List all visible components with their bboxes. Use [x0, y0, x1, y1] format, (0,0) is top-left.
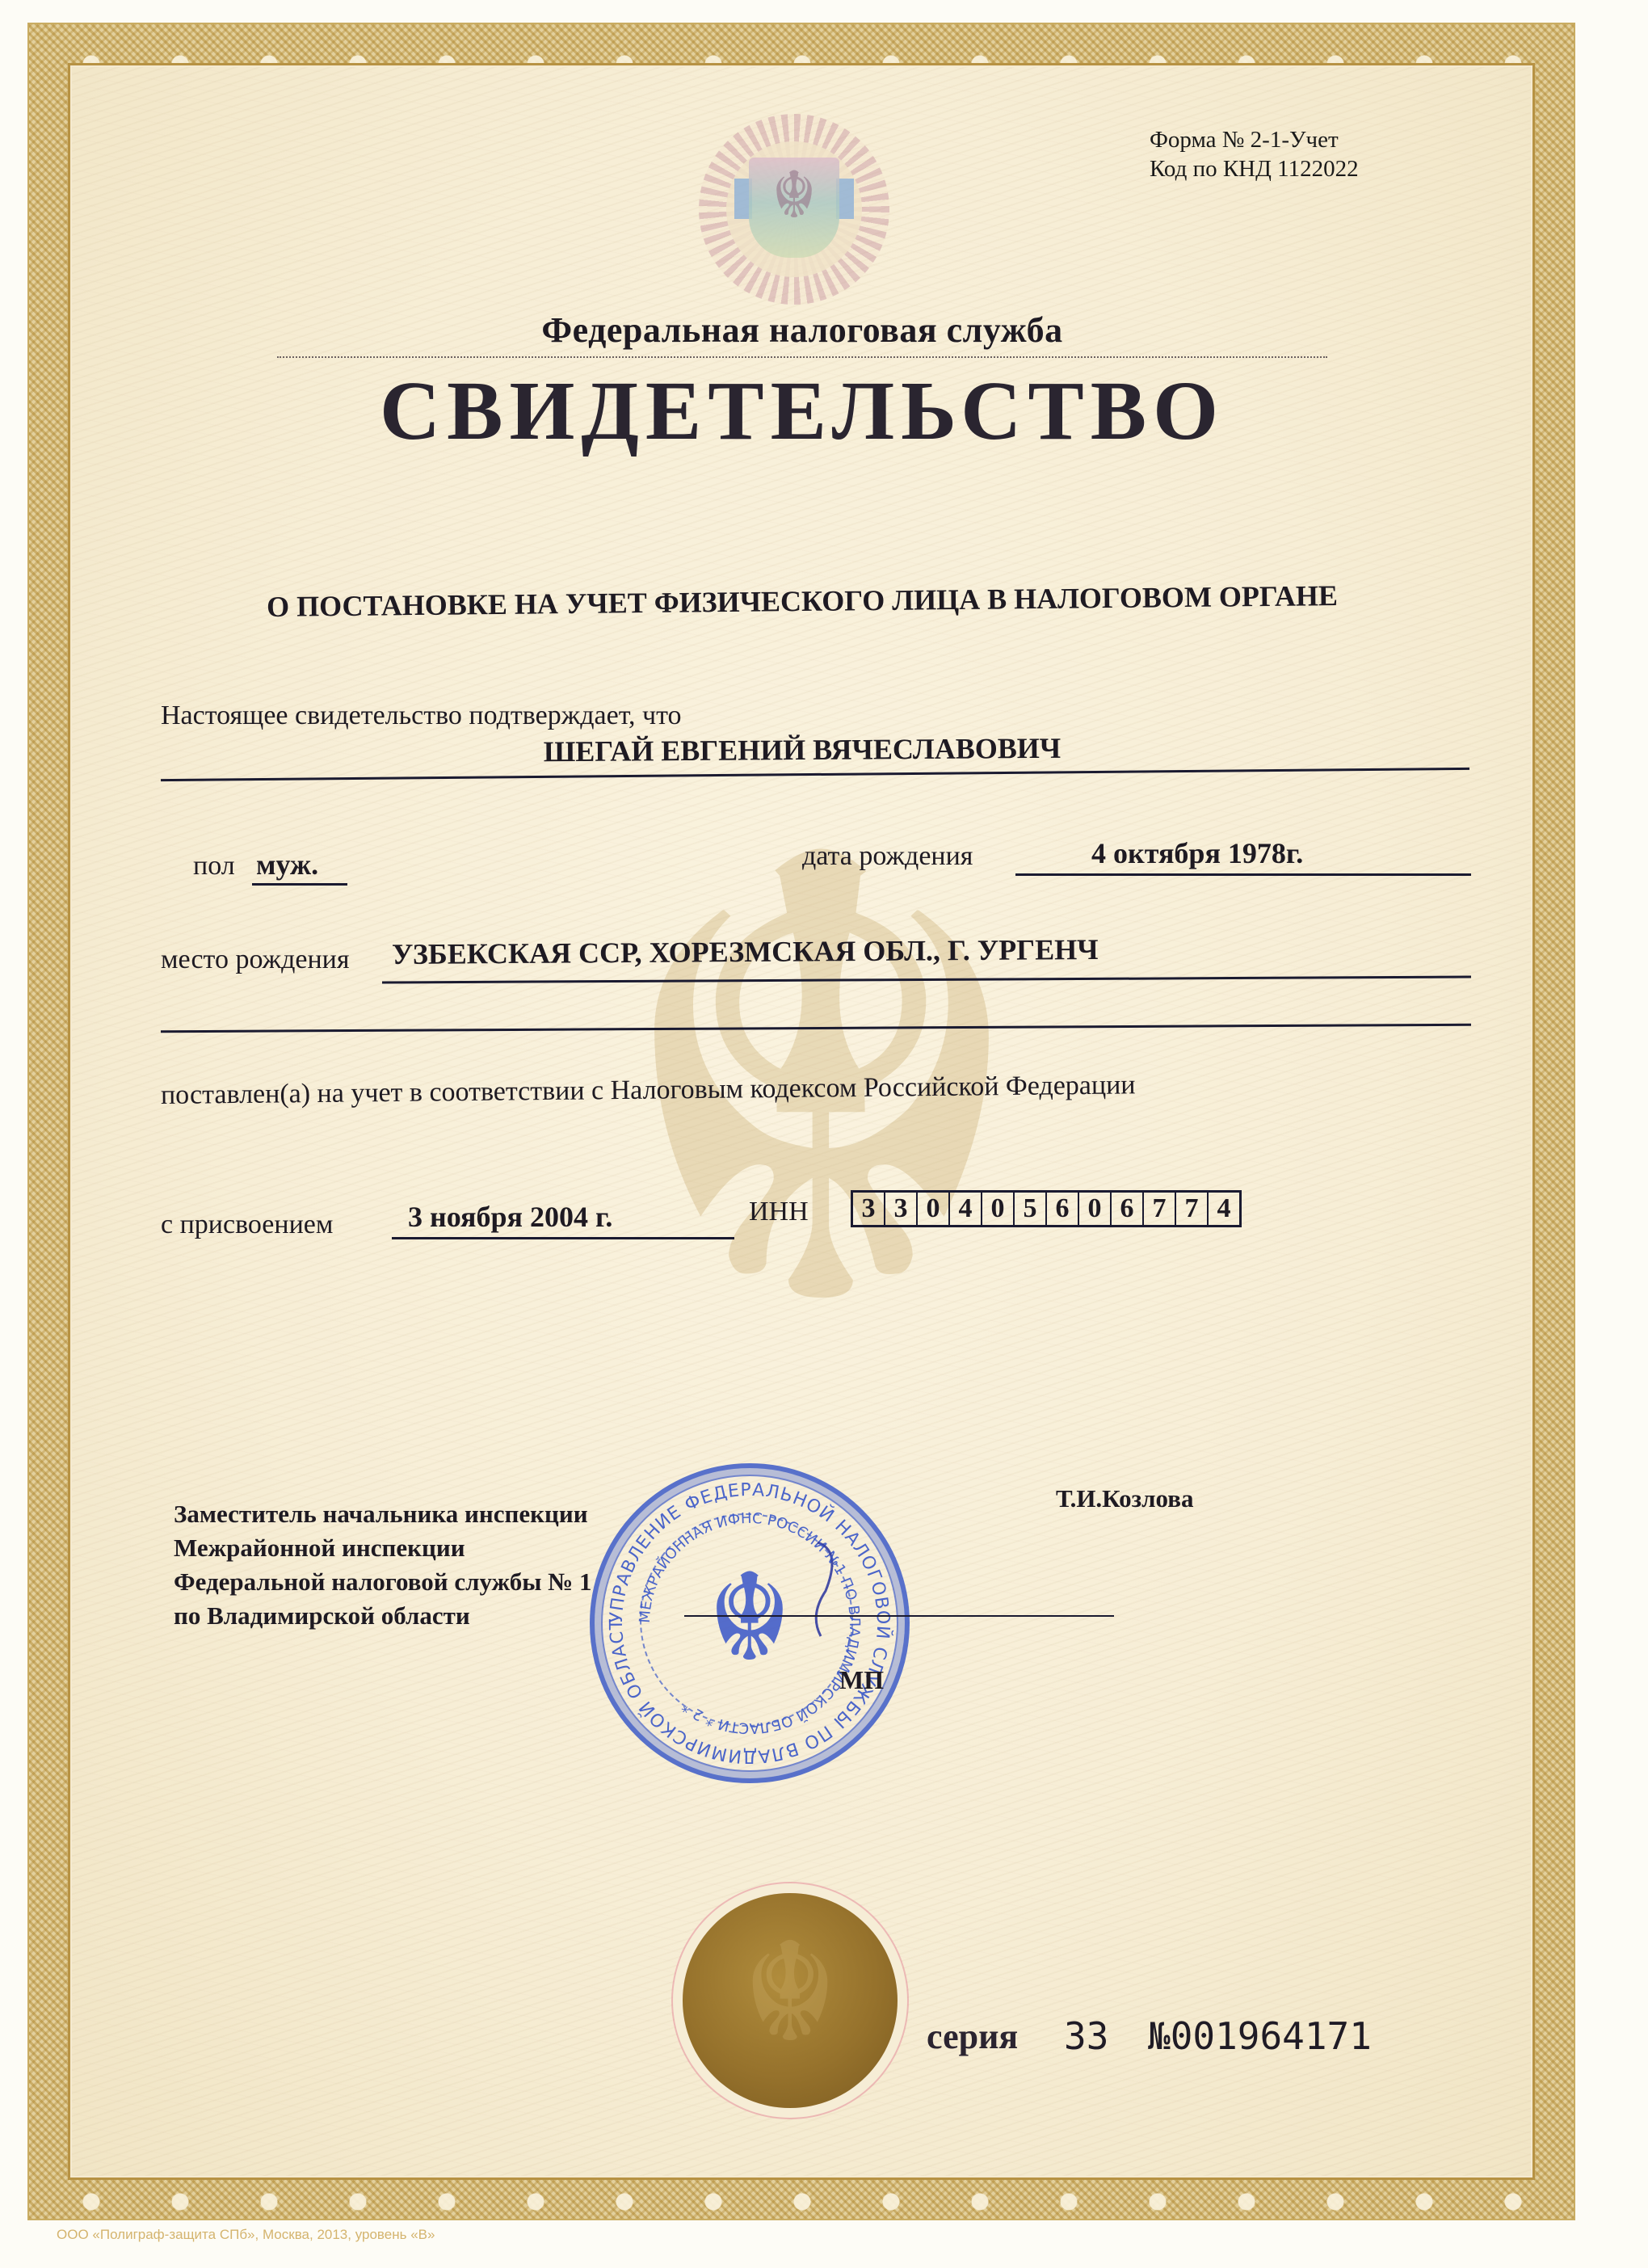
series-value: 33: [1064, 2014, 1108, 2058]
inn-digit: 3: [885, 1193, 918, 1225]
inn-digit: 0: [982, 1193, 1015, 1225]
inn-field: 330405606774: [851, 1190, 1242, 1227]
inn-digit: 3: [853, 1193, 885, 1225]
inn-label: ИНН: [749, 1197, 809, 1227]
signer-position-line: Федеральной налоговой службы № 1: [174, 1565, 592, 1599]
series-label: серия: [927, 2016, 1018, 2057]
inn-digit: 4: [1209, 1193, 1239, 1225]
intro-label: Настоящее свидетельство подтверждает, чт…: [161, 701, 682, 731]
signer-position: Заместитель начальника инспекции Межрайо…: [174, 1497, 592, 1633]
form-code-block: Форма № 2-1-Учет Код по КНД 1122022: [1150, 125, 1359, 183]
document-subtitle: О ПОСТАНОВКЕ НА УЧЕТ ФИЗИЧЕСКОГО ЛИЦА В …: [70, 577, 1534, 626]
signer-position-line: Межрайонной инспекции: [174, 1531, 592, 1565]
certificate-field: ☬ Форма № 2-1-Учет Код по КНД 1122022 Фе…: [68, 63, 1535, 2180]
assigned-date-value: 3 ноября 2004 г.: [408, 1200, 612, 1234]
document-title: СВИДЕТЕЛЬСТВО: [70, 363, 1534, 459]
sex-value: муж.: [256, 848, 318, 882]
certificate-sheet: ☬ Форма № 2-1-Учет Код по КНД 1122022 Фе…: [27, 23, 1575, 2220]
agency-name: Федеральная налоговая служба: [70, 309, 1534, 351]
inn-digit: 4: [950, 1193, 982, 1225]
official-stamp-icon: УПРАВЛЕНИЕ ФЕДЕРАЛЬНОЙ НАЛОГОВОЙ СЛУЖБЫ …: [590, 1463, 910, 1783]
sex-underline: [252, 883, 347, 886]
signer-position-line: по Владимирской области: [174, 1599, 592, 1633]
gold-seal-icon: ☬: [683, 1893, 898, 2108]
birth-place-value: УЗБЕКСКАЯ ССР, ХОРЕЗМСКАЯ ОБЛ., Г. УРГЕН…: [392, 932, 1099, 971]
signer-name: Т.И.Козлова: [1056, 1484, 1193, 1513]
assigned-label: с присвоением: [161, 1210, 333, 1240]
birth-date-label: дата рождения: [802, 841, 973, 872]
birth-date-underline: [1015, 873, 1471, 876]
inn-digit: 7: [1144, 1193, 1176, 1225]
signer-position-line: Заместитель начальника инспекции: [174, 1497, 592, 1531]
agency-divider: [277, 356, 1327, 358]
seal-mark: МП: [839, 1665, 884, 1695]
form-number: Форма № 2-1-Учет: [1150, 125, 1359, 154]
knd-code: Код по КНД 1122022: [1150, 154, 1359, 183]
inn-digit: 0: [1079, 1193, 1112, 1225]
sex-label: пол: [193, 851, 235, 882]
inn-digit: 7: [1176, 1193, 1209, 1225]
birth-date-value: 4 октября 1978г.: [1091, 836, 1303, 870]
signature-line: [684, 1615, 1114, 1617]
inn-digit: 5: [1015, 1193, 1047, 1225]
full-name-value: ШЕГАЙ ЕВГЕНИЙ ВЯЧЕСЛАВОВИЧ: [70, 728, 1534, 772]
birth-place-label: место рождения: [161, 945, 350, 975]
assigned-date-underline: [392, 1237, 734, 1239]
printer-info: ООО «Полиграф-защита СПб», Москва, 2013,…: [57, 2227, 435, 2243]
serial-number: №001964171: [1148, 2014, 1372, 2058]
inn-digit: 6: [1112, 1193, 1144, 1225]
inn-digit: 6: [1047, 1193, 1079, 1225]
hologram-coat-of-arms-icon: ☬: [699, 114, 889, 305]
inn-digit-boxes: 330405606774: [851, 1190, 1242, 1227]
inn-digit: 0: [918, 1193, 950, 1225]
